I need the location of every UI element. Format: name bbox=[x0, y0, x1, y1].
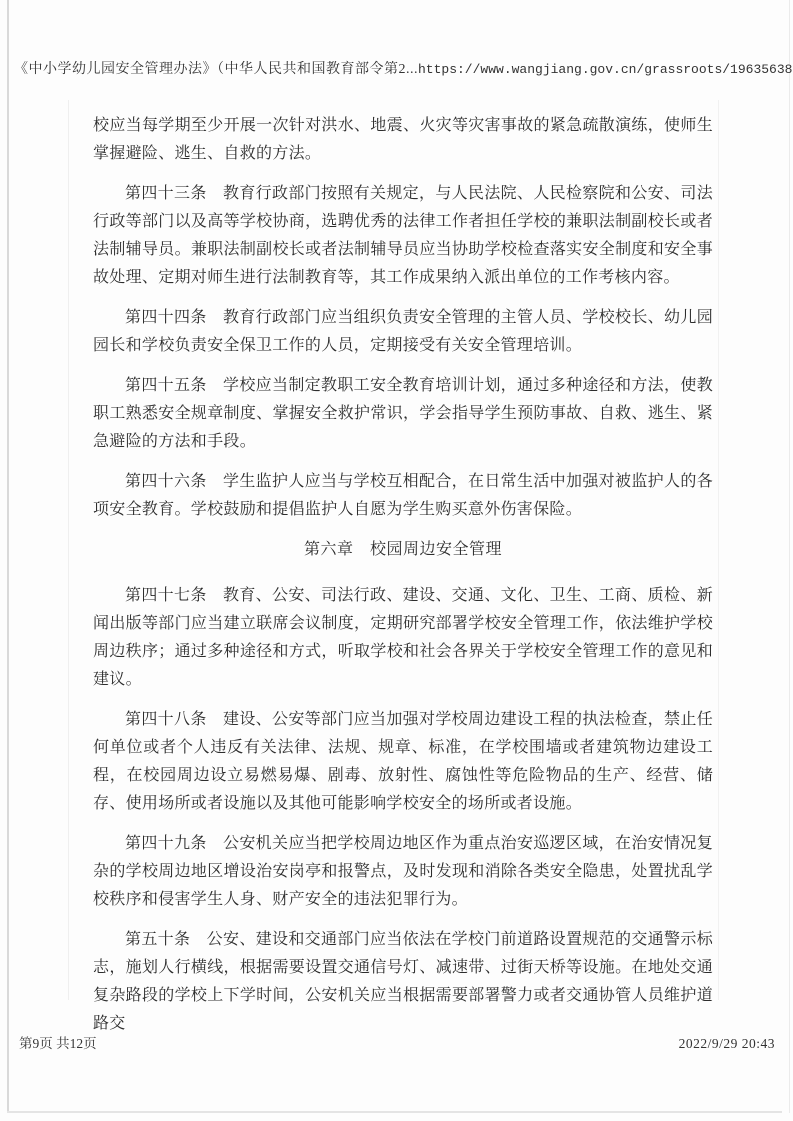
page-number: 第9页 共12页 bbox=[19, 1032, 97, 1052]
scan-edge-bottom bbox=[7, 1111, 782, 1113]
article-paragraph: 第四十五条 学校应当制定教职工安全教育培训计划，通过多种途径和方法，使教职工熟悉… bbox=[93, 372, 713, 456]
scan-margin-line-right bbox=[718, 100, 719, 1000]
article-paragraph: 校应当每学期至少开展一次针对洪水、地震、火灾等灾害事故的紧急疏散演练，使师生掌握… bbox=[93, 112, 713, 168]
article-paragraph: 第五十条 公安、建设和交通部门应当依法在学校门前道路设置规范的交通警示标志，施划… bbox=[93, 926, 713, 1038]
scan-margin-line-left bbox=[68, 100, 69, 1000]
print-timestamp: 2022/9/29 20:43 bbox=[679, 1036, 775, 1052]
article-paragraph: 第四十四条 教育行政部门应当组织负责安全管理的主管人员、学校校长、幼儿园园长和学… bbox=[93, 304, 713, 360]
scan-edge-right bbox=[789, 0, 790, 1113]
scanned-document-page: 《中小学幼儿园安全管理办法》（中华人民共和国教育部令第2... https://… bbox=[0, 0, 793, 1121]
article-paragraph: 第四十三条 教育行政部门按照有关规定，与人民法院、人民检察院和公安、司法行政等部… bbox=[93, 180, 713, 292]
article-paragraph: 第四十八条 建设、公安等部门应当加强对学校周边建设工程的执法检查，禁止任何单位或… bbox=[93, 706, 713, 818]
scan-edge-left bbox=[7, 0, 9, 1113]
document-title: 《中小学幼儿园安全管理办法》（中华人民共和国教育部令第2... bbox=[14, 58, 418, 78]
print-footer: 第9页 共12页 2022/9/29 20:43 bbox=[19, 1032, 775, 1052]
document-body: 校应当每学期至少开展一次针对洪水、地震、火灾等灾害事故的紧急疏散演练，使师生掌握… bbox=[93, 112, 713, 1050]
article-paragraph: 第四十六条 学生监护人应当与学校互相配合，在日常生活中加强对被监护人的各项安全教… bbox=[93, 468, 713, 524]
article-paragraph: 第四十九条 公安机关应当把学校周边地区作为重点治安巡逻区域，在治安情况复杂的学校… bbox=[93, 830, 713, 914]
article-paragraph: 第四十七条 教育、公安、司法行政、建设、交通、文化、卫生、工商、质检、新闻出版等… bbox=[93, 582, 713, 694]
chapter-heading: 第六章 校园周边安全管理 bbox=[93, 536, 713, 564]
source-url: https://www.wangjiang.gov.cn/grassroots/… bbox=[418, 62, 793, 77]
print-header: 《中小学幼儿园安全管理办法》（中华人民共和国教育部令第2... https://… bbox=[14, 58, 777, 78]
